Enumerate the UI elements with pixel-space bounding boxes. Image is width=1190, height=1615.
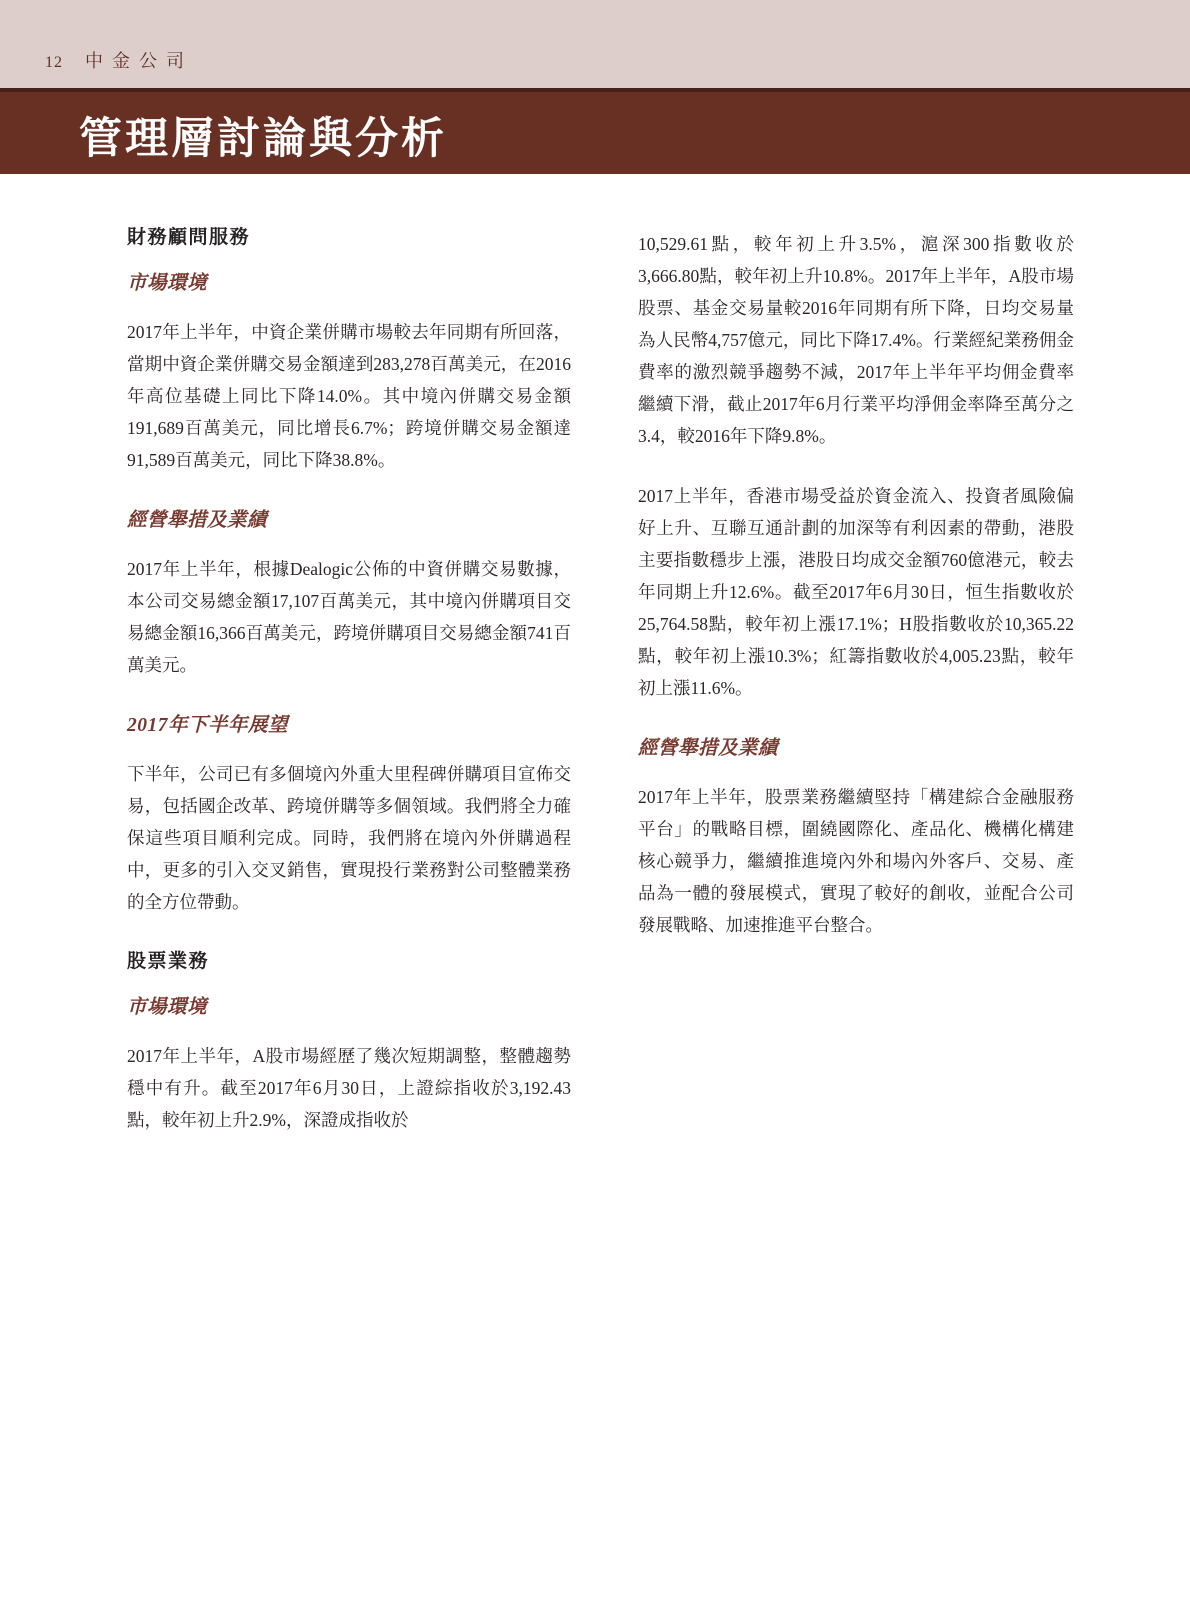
paragraph-hk-market: 2017上半年，香港市場受益於資金流入、投資者風險偏好上升、互聯互通計劃的加深等… xyxy=(638,480,1074,704)
subheading-operations-and-results-equities: 經營舉措及業績 xyxy=(638,732,1074,760)
chapter-banner: 管理層討論與分析 xyxy=(0,88,1190,174)
subheading-market-environment-equities: 市場環境 xyxy=(127,991,571,1019)
paragraph-a-share-market: 2017年上半年，A股市場經歷了幾次短期調整，整體趨勢穩中有升。截至2017年6… xyxy=(127,1040,571,1136)
subheading-2017-second-half-outlook: 2017年下半年展望 xyxy=(127,709,571,737)
section-heading-equities-business: 股票業務 xyxy=(127,946,571,973)
chapter-title: 管理層討論與分析 xyxy=(79,101,447,166)
paragraph-dealogic-data: 2017年上半年，根據Dealogic公佈的中資併購交易數據，本公司交易總金額1… xyxy=(127,553,571,681)
subheading-market-environment: 市場環境 xyxy=(127,267,571,295)
paragraph-a-share-market-continued: 10,529.61點，較年初上升3.5%，滬深300指數收於3,666.80點，… xyxy=(638,228,1074,452)
subheading-operations-and-results: 經營舉措及業績 xyxy=(127,504,571,532)
paragraph-ma-market: 2017年上半年，中資企業併購市場較去年同期有所回落，當期中資企業併購交易金額達… xyxy=(127,316,571,476)
page-content: 財務顧問服務 市場環境 2017年上半年，中資企業併購市場較去年同期有所回落，當… xyxy=(0,222,1190,1164)
section-heading-financial-advisory-services: 財務顧問服務 xyxy=(127,222,571,249)
company-name: 中金公司 xyxy=(85,47,193,73)
left-column: 財務顧問服務 市場環境 2017年上半年，中資企業併購市場較去年同期有所回落，當… xyxy=(127,222,571,1164)
right-column: 10,529.61點，較年初上升3.5%，滬深300指數收於3,666.80點，… xyxy=(638,222,1074,1164)
running-header: 12 中金公司 xyxy=(45,47,193,73)
paragraph-equities-operations: 2017年上半年，股票業務繼續堅持「構建綜合金融服務平台」的戰略目標，圍繞國際化… xyxy=(638,781,1074,941)
page-top-strip: 12 中金公司 xyxy=(0,0,1190,88)
paragraph-outlook: 下半年，公司已有多個境內外重大里程碑併購項目宣佈交易，包括國企改革、跨境併購等多… xyxy=(127,758,571,918)
page-number: 12 xyxy=(45,54,63,72)
